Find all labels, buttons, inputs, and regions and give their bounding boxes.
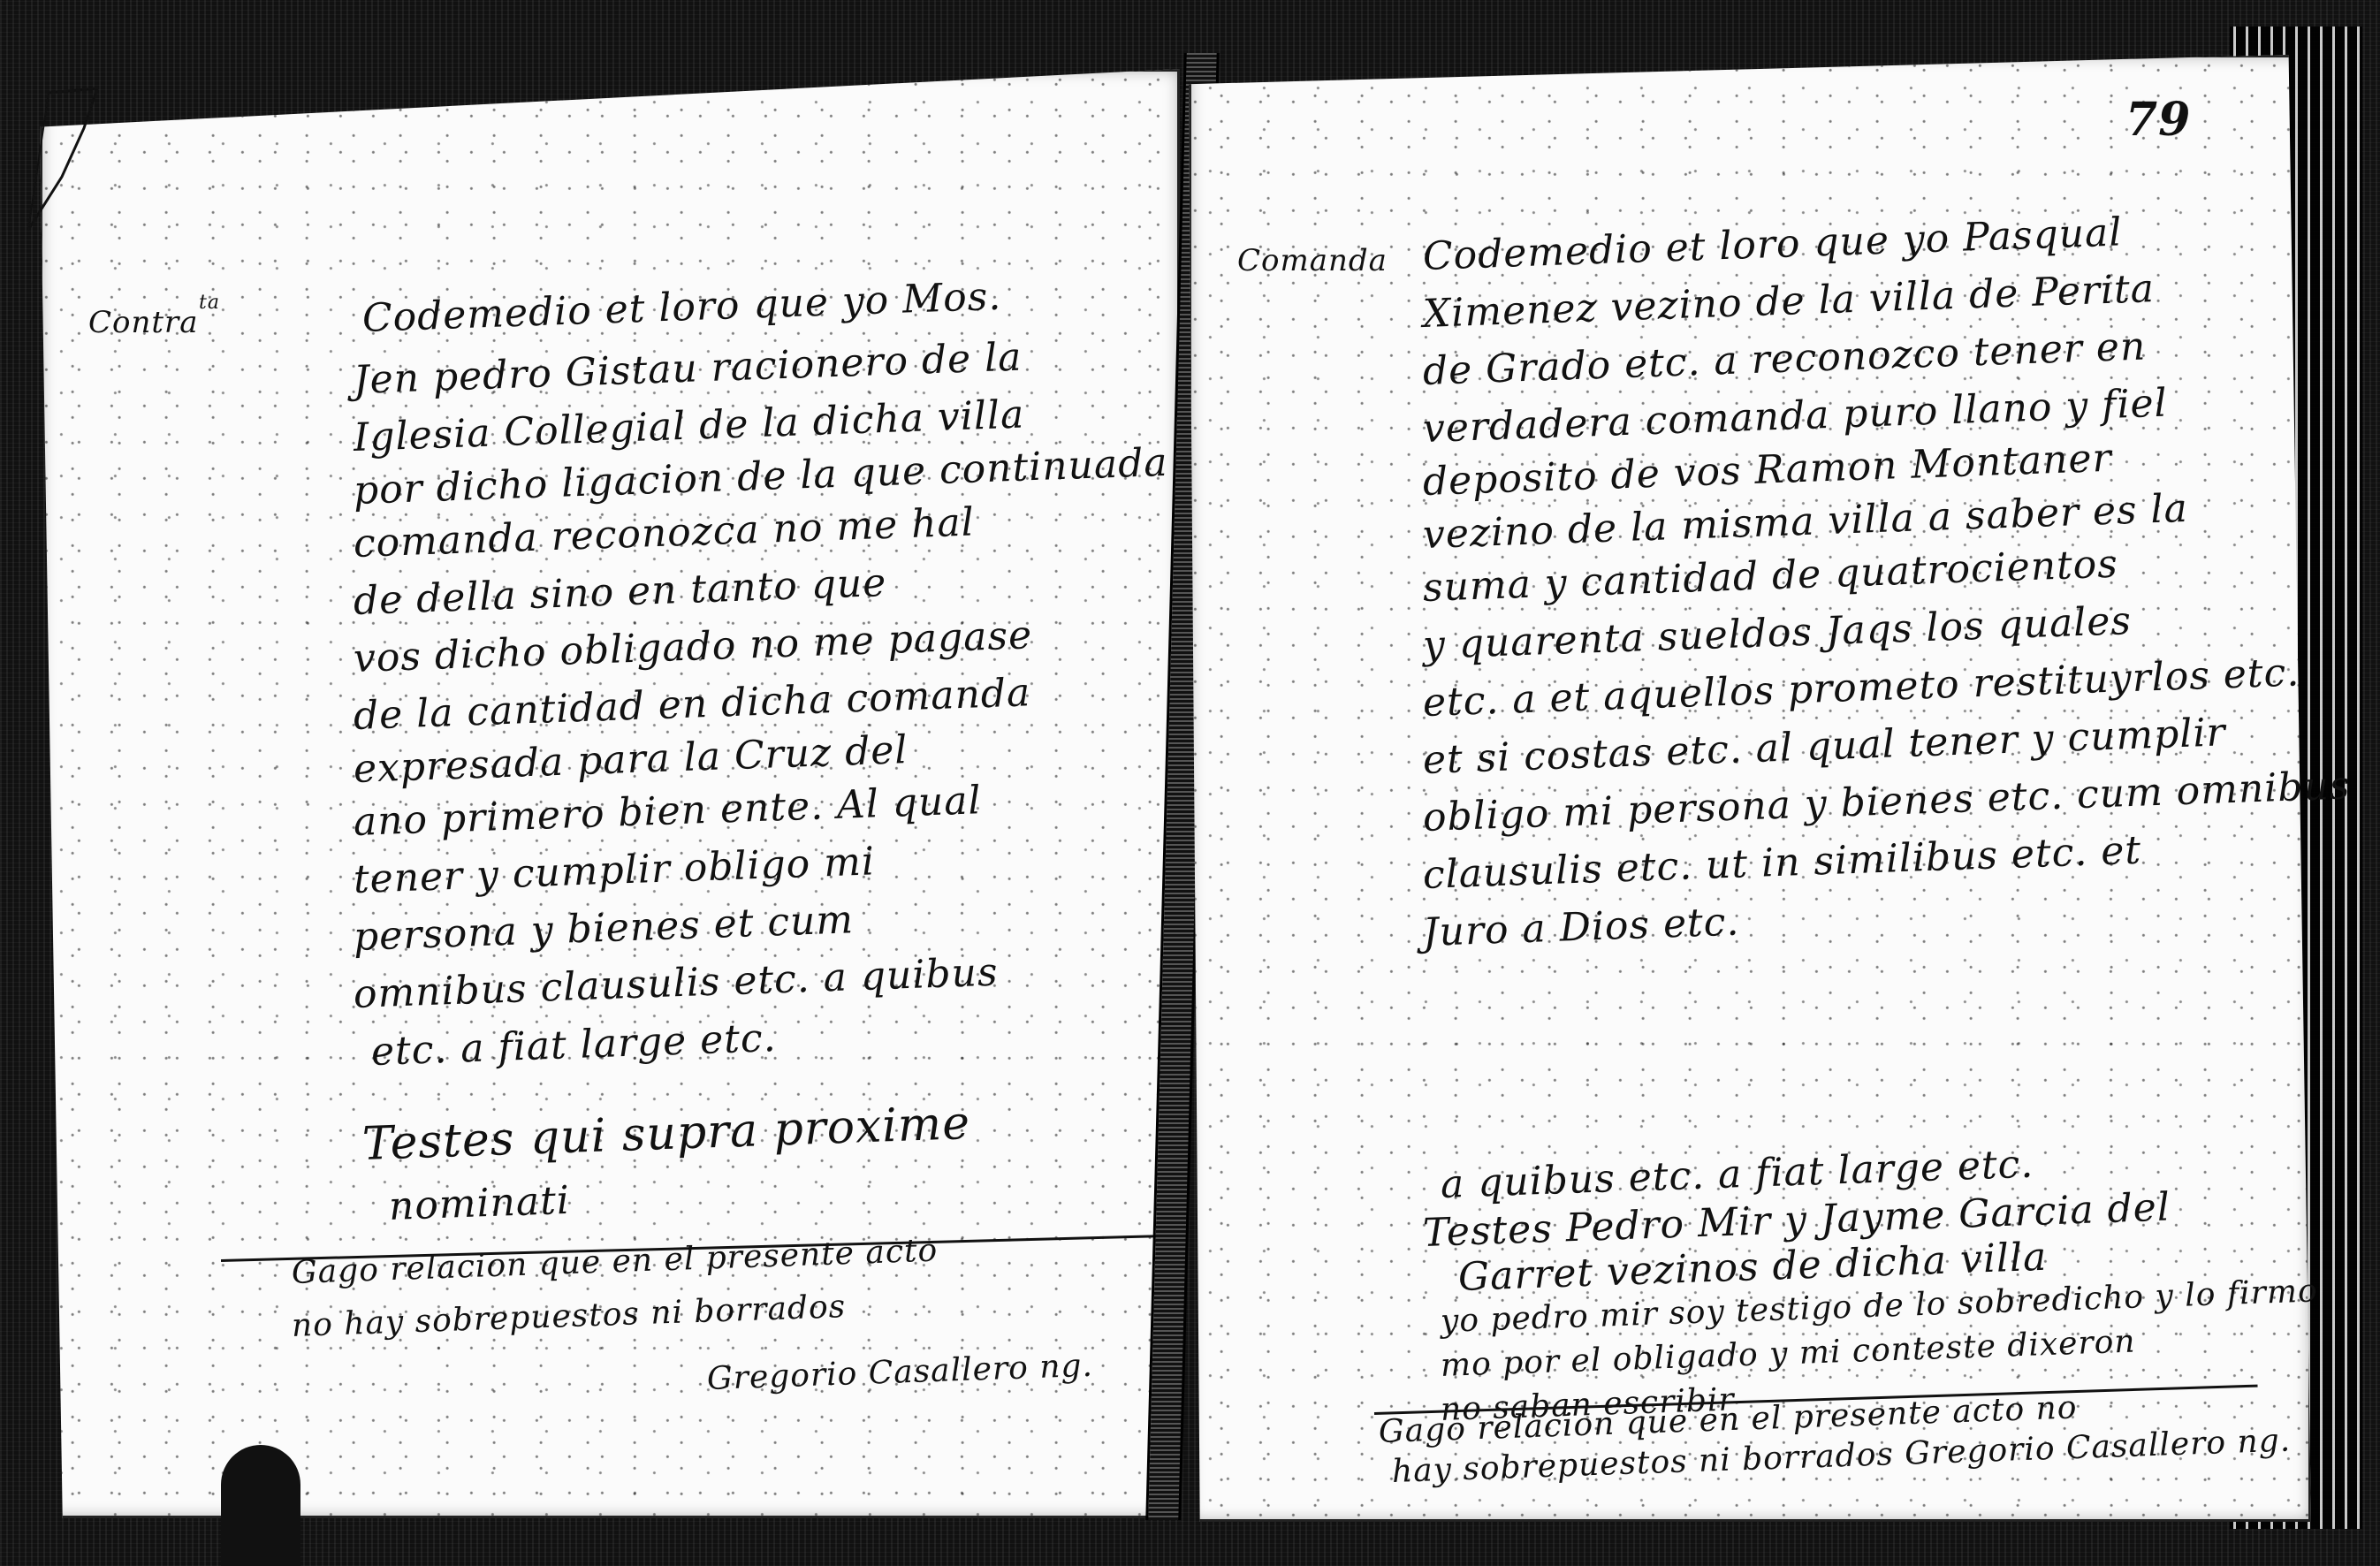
left-margin-note-superscript: ta xyxy=(199,292,220,314)
left-witness-line-2: nominati xyxy=(388,1178,571,1229)
left-margin-note: Contra xyxy=(88,305,199,340)
folio-number: 79 xyxy=(2125,93,2191,147)
thumb-shadow xyxy=(221,1445,300,1566)
right-margin-note: Comanda xyxy=(1237,243,1388,278)
corner-fold-icon xyxy=(18,80,124,260)
